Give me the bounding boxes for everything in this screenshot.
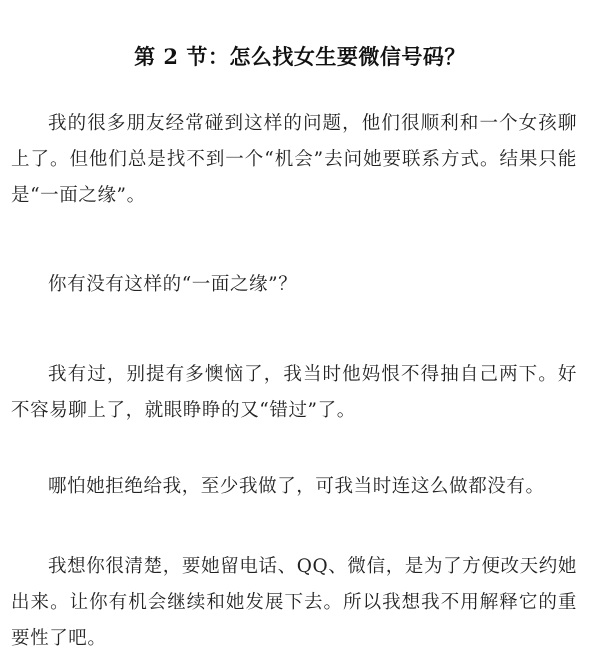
paragraph-1: 我的很多朋友经常碰到这样的问题，他们很顺利和一个女孩聊上了。但他们总是找不到一个… [11, 106, 577, 214]
paragraph-5: 我想你很清楚，要她留电话、QQ、微信，是为了方便改天约她出来。让你有机会继续和她… [11, 549, 577, 657]
paragraph-2: 你有没有这样的“一面之缘”？ [11, 267, 577, 303]
paragraph-4: 哪怕她拒绝给我，至少我做了，可我当时连这么做都没有。 [11, 469, 577, 505]
paragraph-3: 我有过，别提有多懊恼了，我当时他妈恨不得抽自己两下。好不容易聊上了，就眼睁睁的又… [11, 357, 577, 429]
section-title: 第 2 节：怎么找女生要微信号码？ [0, 41, 600, 71]
